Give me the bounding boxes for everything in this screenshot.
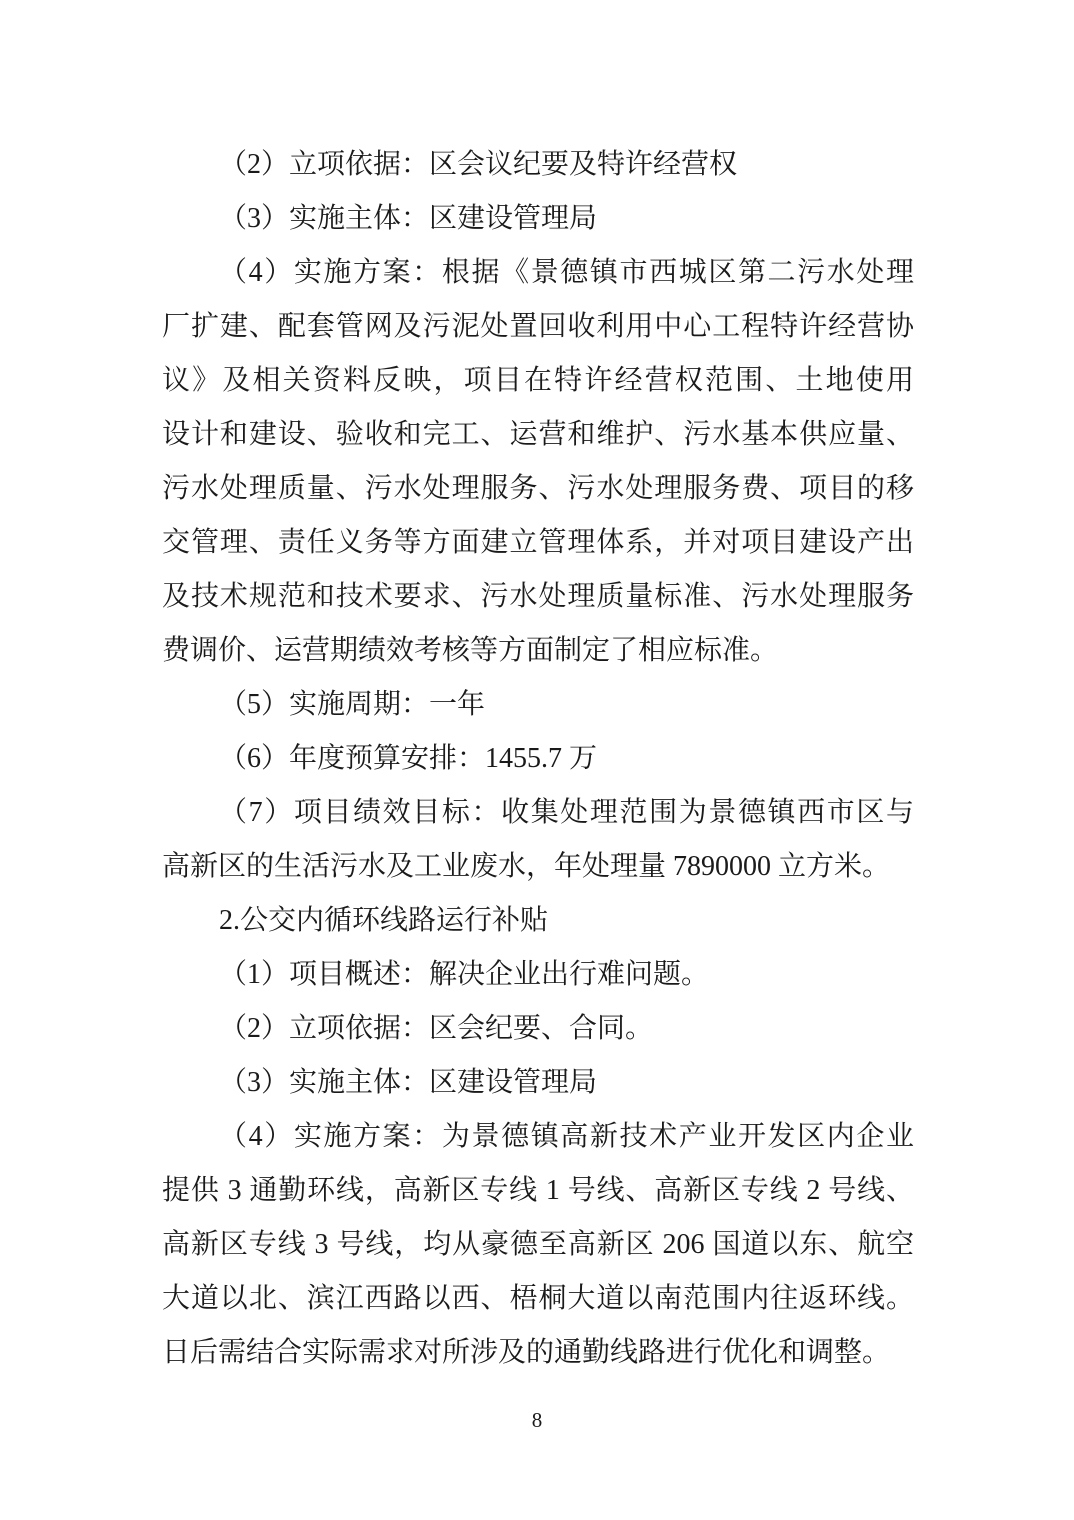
paragraph: （1）项目概述：解决企业出行难问题。 — [162, 948, 914, 1002]
text-line: 厂扩建、配套管网及污泥处置回收利用中心工程特许经营协 — [162, 300, 914, 354]
text-line: （4）实施方案：根据《景德镇市西城区第二污水处理 — [162, 246, 914, 300]
page-number: 8 — [0, 1405, 1074, 1435]
text-line: （7）项目绩效目标：收集处理范围为景德镇西市区与 — [162, 786, 914, 840]
paragraph: （2）立项依据：区会纪要、合同。 — [162, 1002, 914, 1056]
text-line: 设计和建设、验收和完工、运营和维护、污水基本供应量、 — [162, 408, 914, 462]
text-line: （2）立项依据：区会纪要、合同。 — [162, 1002, 914, 1056]
paragraph: （4）实施方案：为景德镇高新技术产业开发区内企业提供 3 通勤环线，高新区专线 … — [162, 1110, 914, 1380]
paragraph: （6）年度预算安排：1455.7 万 — [162, 732, 914, 786]
text-line: （3）实施主体：区建设管理局 — [162, 1056, 914, 1110]
paragraph: （3）实施主体：区建设管理局 — [162, 192, 914, 246]
text-line: 及技术规范和技术要求、污水处理质量标准、污水处理服务 — [162, 570, 914, 624]
paragraph: （7）项目绩效目标：收集处理范围为景德镇西市区与高新区的生活污水及工业废水，年处… — [162, 786, 914, 894]
paragraph: （5）实施周期：一年 — [162, 678, 914, 732]
text-line: （6）年度预算安排：1455.7 万 — [162, 732, 914, 786]
text-line: 高新区专线 3 号线，均从豪德至高新区 206 国道以东、航空 — [162, 1218, 914, 1272]
text-line: 费调价、运营期绩效考核等方面制定了相应标准。 — [162, 624, 914, 678]
text-line: 污水处理质量、污水处理服务、污水处理服务费、项目的移 — [162, 462, 914, 516]
paragraph: 2.公交内循环线路运行补贴 — [162, 894, 914, 948]
text-line: （4）实施方案：为景德镇高新技术产业开发区内企业 — [162, 1110, 914, 1164]
text-line: 日后需结合实际需求对所涉及的通勤线路进行优化和调整。 — [162, 1326, 914, 1380]
text-line: （5）实施周期：一年 — [162, 678, 914, 732]
text-line: 议》及相关资料反映，项目在特许经营权范围、土地使用权、 — [162, 354, 914, 408]
text-line: 高新区的生活污水及工业废水，年处理量 7890000 立方米。 — [162, 840, 914, 894]
paragraph: （3）实施主体：区建设管理局 — [162, 1056, 914, 1110]
text-line: 交管理、责任义务等方面建立管理体系，并对项目建设产出 — [162, 516, 914, 570]
text-line: 2.公交内循环线路运行补贴 — [162, 894, 914, 948]
text-line: 提供 3 通勤环线，高新区专线 1 号线、高新区专线 2 号线、 — [162, 1164, 914, 1218]
text-line: （1）项目概述：解决企业出行难问题。 — [162, 948, 914, 1002]
text-line: （3）实施主体：区建设管理局 — [162, 192, 914, 246]
text-line: 大道以北、滨江西路以西、梧桐大道以南范围内往返环线。 — [162, 1272, 914, 1326]
paragraph: （2）立项依据：区会议纪要及特许经营权 — [162, 138, 914, 192]
text-line: （2）立项依据：区会议纪要及特许经营权 — [162, 138, 914, 192]
document-body: （2）立项依据：区会议纪要及特许经营权（3）实施主体：区建设管理局（4）实施方案… — [162, 138, 914, 1380]
document-page: （2）立项依据：区会议纪要及特许经营权（3）实施主体：区建设管理局（4）实施方案… — [0, 0, 1074, 1520]
paragraph: （4）实施方案：根据《景德镇市西城区第二污水处理厂扩建、配套管网及污泥处置回收利… — [162, 246, 914, 678]
